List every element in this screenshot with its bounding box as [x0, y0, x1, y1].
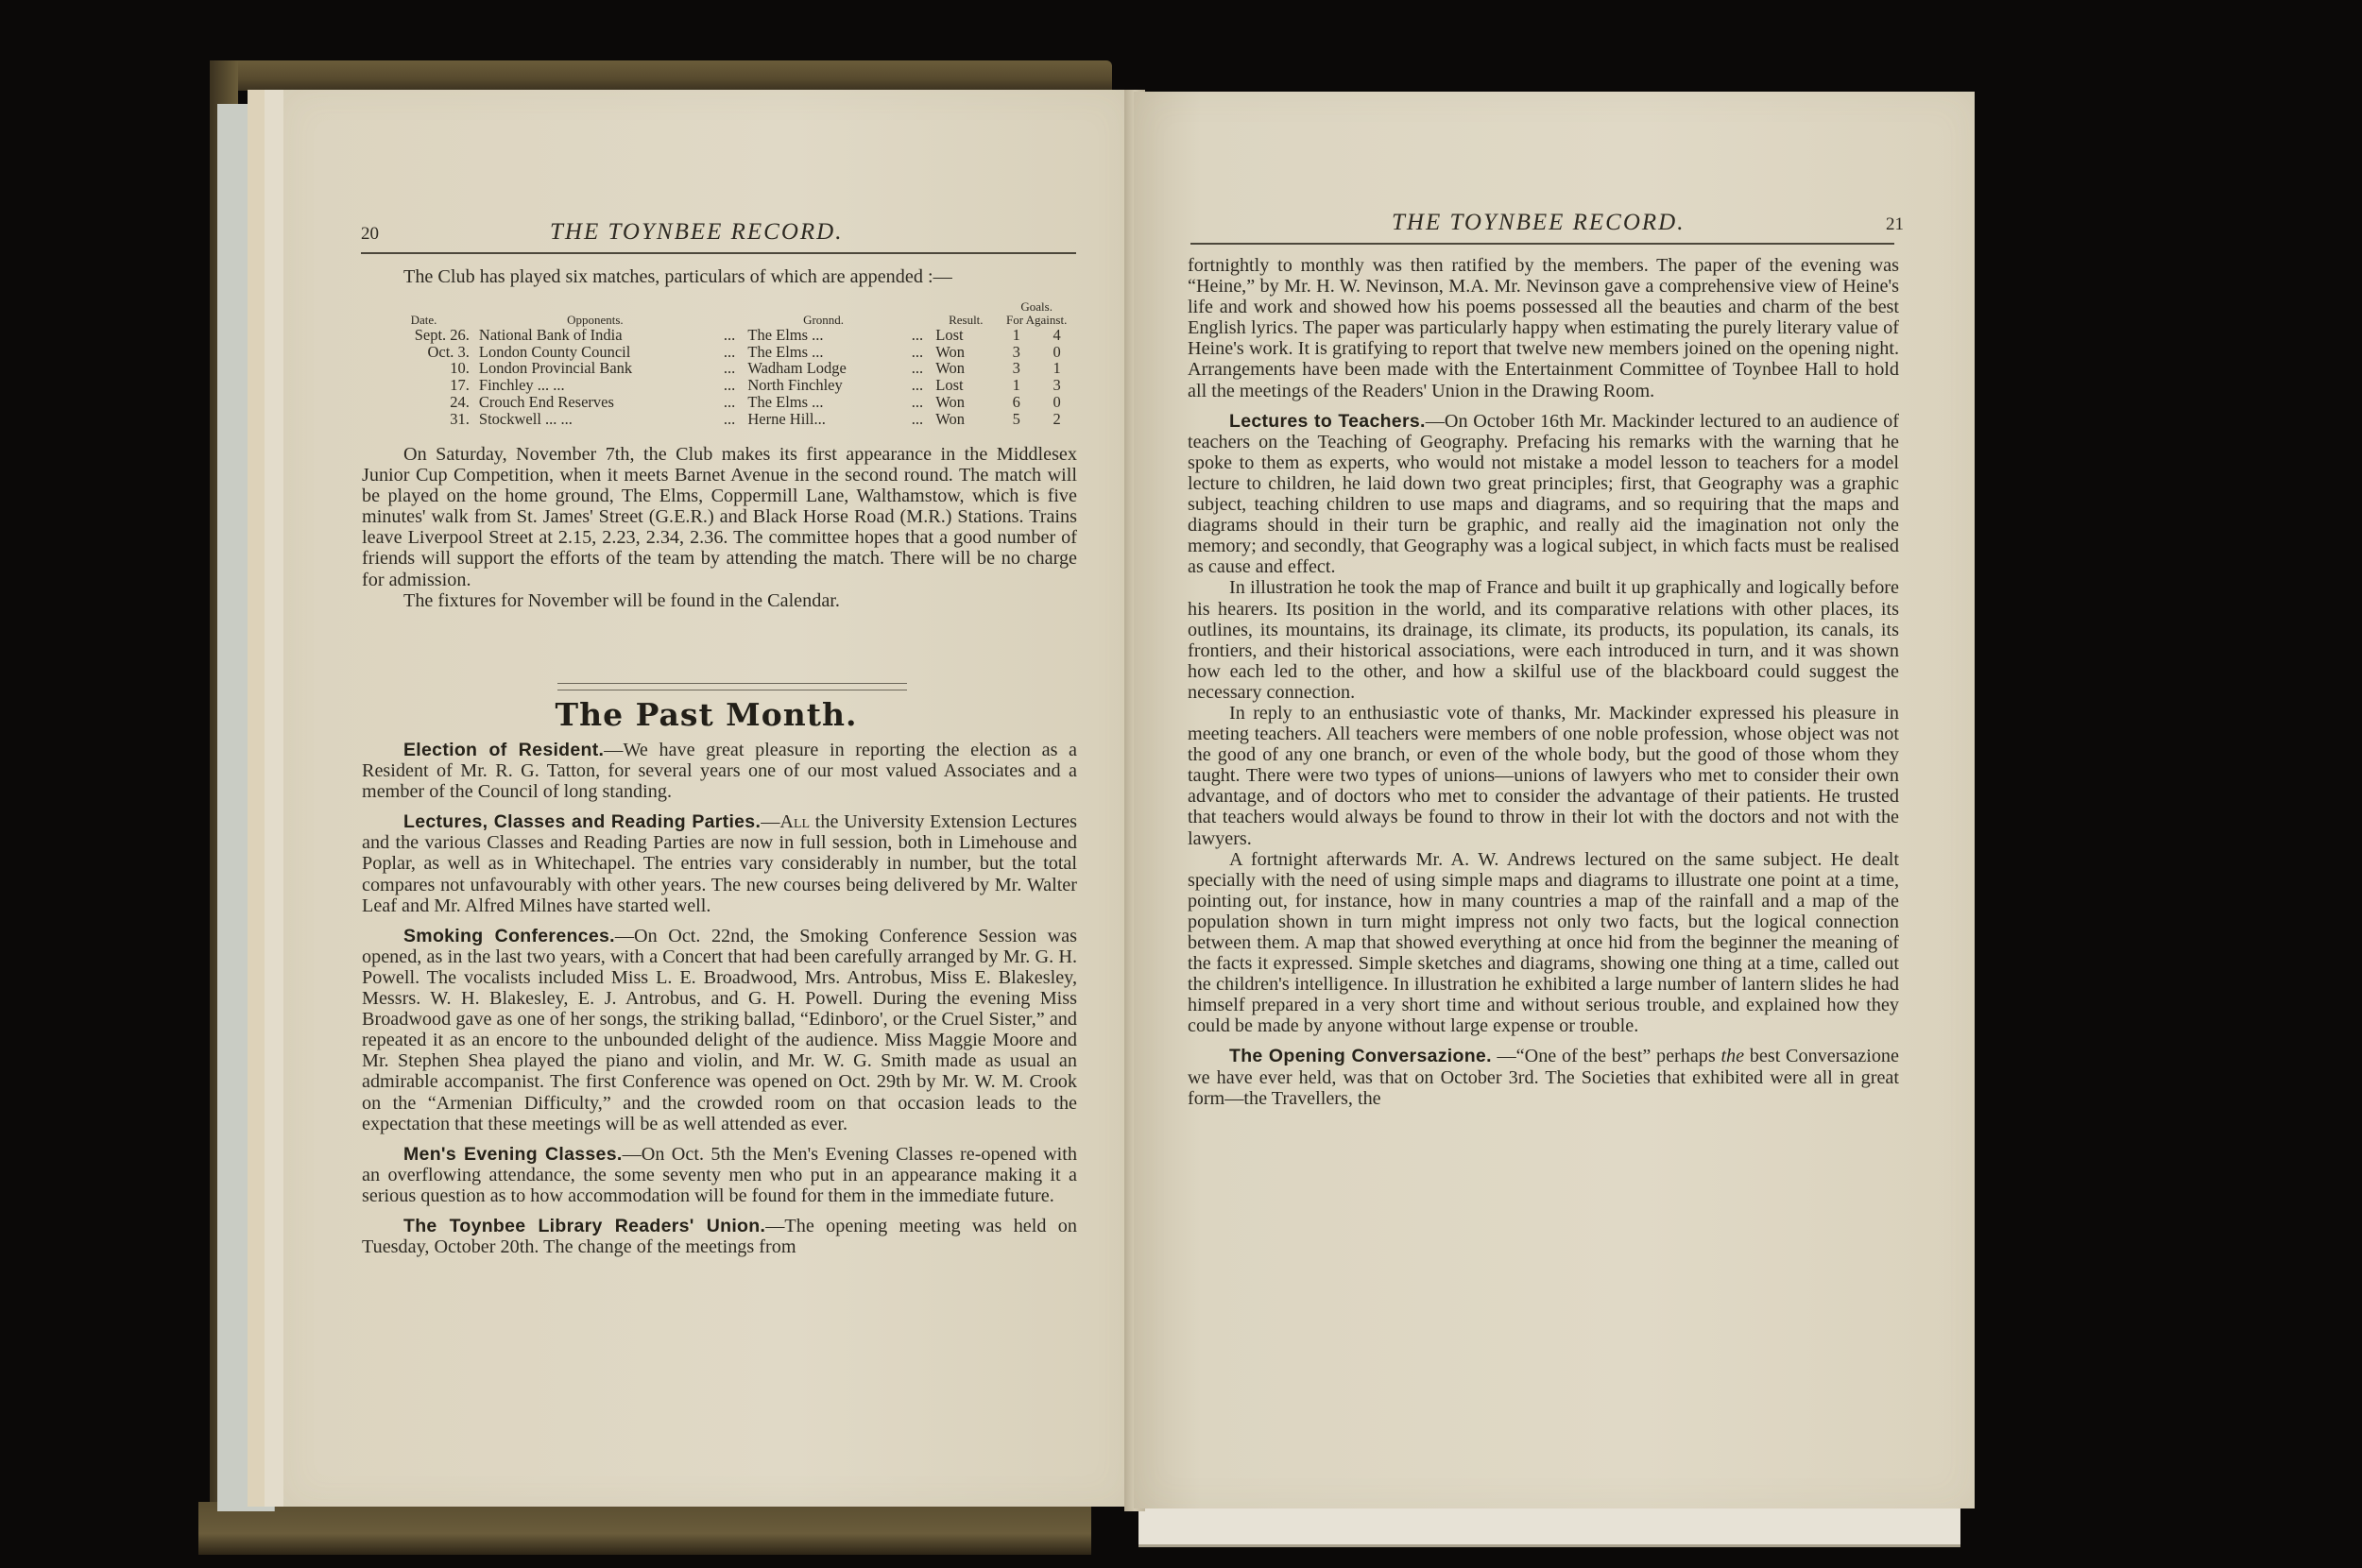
- item-body: —“One of the best” perhaps: [1492, 1046, 1721, 1066]
- match-date: 17.: [378, 377, 479, 394]
- fixtures-paragraph: The fixtures for November will be found …: [362, 590, 1077, 611]
- match-date: 24.: [378, 394, 479, 411]
- header-goals-label: Goals.: [996, 300, 1077, 314]
- match-date: Oct. 3.: [378, 344, 479, 361]
- item-body: —On October 16th Mr. Mackinder lectured …: [1188, 411, 1899, 578]
- match-opponent: Finchley ... ...: [479, 377, 711, 394]
- leader-dots: ...: [711, 344, 747, 361]
- leader-dots: ...: [899, 394, 935, 411]
- table-row: Oct. 3. London County Council ... The El…: [378, 344, 1077, 361]
- goals-for: 3: [996, 360, 1036, 377]
- leader-dots: ...: [711, 360, 747, 377]
- match-ground: North Finchley: [747, 377, 899, 394]
- goals-against: 0: [1036, 344, 1077, 361]
- item-heading: Smoking Conferences.: [403, 926, 615, 946]
- header-rule: [1190, 243, 1894, 245]
- right-page-body: fortnightly to monthly was then ratified…: [1188, 255, 1899, 1109]
- header-rule: [361, 252, 1076, 254]
- right-running-head: THE TOYNBEE RECORD. 21: [1190, 210, 1904, 236]
- match-result: Lost: [935, 377, 996, 394]
- leader-dots: ...: [711, 411, 747, 428]
- match-date: 31.: [378, 411, 479, 428]
- table-row: 10. London Provincial Bank ... Wadham Lo…: [378, 360, 1077, 377]
- match-ground: Wadham Lodge: [747, 360, 899, 377]
- match-results-table: Date. Opponents. Gronnd. Result. Goals. …: [378, 300, 1077, 427]
- leader-dots: ...: [711, 377, 747, 394]
- match-ground: The Elms ...: [747, 394, 899, 411]
- item-body: —On Oct. 22nd, the Smoking Conference Se…: [362, 926, 1077, 1134]
- leader-dots: ...: [899, 327, 935, 344]
- goals-against: 1: [1036, 360, 1077, 377]
- leader-dots: ...: [899, 411, 935, 428]
- page-number: 21: [1886, 214, 1904, 235]
- match-result: Won: [935, 360, 996, 377]
- cup-paragraph: On Saturday, November 7th, the Club make…: [362, 444, 1077, 590]
- goals-against: 4: [1036, 327, 1077, 344]
- leader-dots: ...: [711, 394, 747, 411]
- item-heading: Men's Evening Classes.: [403, 1144, 623, 1165]
- reply-paragraph: In reply to an enthusiastic vote of than…: [1188, 703, 1899, 849]
- france-paragraph: In illustration he took the map of Franc…: [1188, 577, 1899, 703]
- item-mens-classes: Men's Evening Classes.—On Oct. 5th the M…: [362, 1144, 1077, 1206]
- match-date: 10.: [378, 360, 479, 377]
- book-cover-top-edge: [210, 60, 1112, 91]
- goals-against: 0: [1036, 394, 1077, 411]
- leader-dots: ...: [899, 377, 935, 394]
- match-opponent: London Provincial Bank: [479, 360, 711, 377]
- page-stack-edge: [265, 90, 284, 1507]
- header-for: For: [1006, 313, 1023, 327]
- header-opponents: Opponents.: [479, 300, 711, 327]
- goals-for: 1: [996, 327, 1036, 344]
- table-row: Sept. 26. National Bank of India ... The…: [378, 327, 1077, 344]
- goals-for: 5: [996, 411, 1036, 428]
- leader-dots: ...: [899, 360, 935, 377]
- table-row: 17. Finchley ... ... ... North Finchley …: [378, 377, 1077, 394]
- book-cover-bottom-edge: [198, 1502, 1091, 1555]
- goals-for: 1: [996, 377, 1036, 394]
- match-opponent: National Bank of India: [479, 327, 711, 344]
- item-smoking: Smoking Conferences.—On Oct. 22nd, the S…: [362, 926, 1077, 1134]
- page-stack-bottom: [1138, 1502, 1960, 1547]
- section-title: The Past Month.: [283, 696, 1129, 733]
- running-title: THE TOYNBEE RECORD.: [1392, 210, 1685, 236]
- match-ground: Herne Hill...: [747, 411, 899, 428]
- item-heading: The Opening Conversazione.: [1229, 1046, 1492, 1066]
- leader-dots: ...: [899, 344, 935, 361]
- match-ground: The Elms ...: [747, 327, 899, 344]
- match-date: Sept. 26.: [378, 327, 479, 344]
- left-running-head: 20 THE TOYNBEE RECORD.: [361, 219, 1079, 246]
- item-readers-union: The Toynbee Library Readers' Union.—The …: [362, 1216, 1077, 1257]
- match-table-wrap: Date. Opponents. Gronnd. Result. Goals. …: [378, 300, 1077, 427]
- match-result: Won: [935, 411, 996, 428]
- match-opponent: Crouch End Reserves: [479, 394, 711, 411]
- goals-against: 3: [1036, 377, 1077, 394]
- item-conversazione: The Opening Conversazione. —“One of the …: [1188, 1046, 1899, 1108]
- item-heading: Lectures, Classes and Reading Parties.: [403, 811, 761, 832]
- item-heading: Election of Resident.: [403, 740, 604, 760]
- header-date: Date.: [378, 300, 479, 327]
- item-teachers: Lectures to Teachers.—On October 16th Mr…: [1188, 411, 1899, 578]
- header-result: Result.: [935, 300, 996, 327]
- leader-dots: ...: [711, 327, 747, 344]
- item-lectures: Lectures, Classes and Reading Parties.—A…: [362, 811, 1077, 915]
- item-body-italic: the: [1720, 1046, 1744, 1066]
- goals-for: 3: [996, 344, 1036, 361]
- goals-for: 6: [996, 394, 1036, 411]
- intro-paragraph: The Club has played six matches, particu…: [362, 266, 1077, 287]
- goals-against: 2: [1036, 411, 1077, 428]
- item-body-smallcaps: —All: [761, 811, 810, 832]
- cup-section: On Saturday, November 7th, the Club make…: [362, 444, 1077, 611]
- andrews-paragraph: A fortnight afterwards Mr. A. W. Andrews…: [1188, 849, 1899, 1037]
- match-opponent: Stockwell ... ...: [479, 411, 711, 428]
- match-result: Won: [935, 394, 996, 411]
- header-ground: Gronnd.: [747, 300, 899, 327]
- section-divider: [557, 683, 907, 690]
- running-title: THE TOYNBEE RECORD.: [550, 219, 843, 246]
- item-heading: The Toynbee Library Readers' Union.: [403, 1216, 765, 1236]
- match-result: Lost: [935, 327, 996, 344]
- club-intro: The Club has played six matches, particu…: [362, 266, 1077, 287]
- table-row: 31. Stockwell ... ... ... Herne Hill... …: [378, 411, 1077, 428]
- match-opponent: London County Council: [479, 344, 711, 361]
- match-result: Won: [935, 344, 996, 361]
- match-ground: The Elms ...: [747, 344, 899, 361]
- past-month-items: Election of Resident.—We have great plea…: [362, 740, 1077, 1257]
- header-goals: Goals. For Against.: [996, 300, 1077, 327]
- readers-union-continuation: fortnightly to monthly was then ratified…: [1188, 255, 1899, 401]
- item-election: Election of Resident.—We have great plea…: [362, 740, 1077, 802]
- page-number: 20: [361, 224, 550, 245]
- header-against: Against.: [1026, 313, 1068, 327]
- item-heading: Lectures to Teachers.: [1229, 411, 1426, 432]
- table-row: 24. Crouch End Reserves ... The Elms ...…: [378, 394, 1077, 411]
